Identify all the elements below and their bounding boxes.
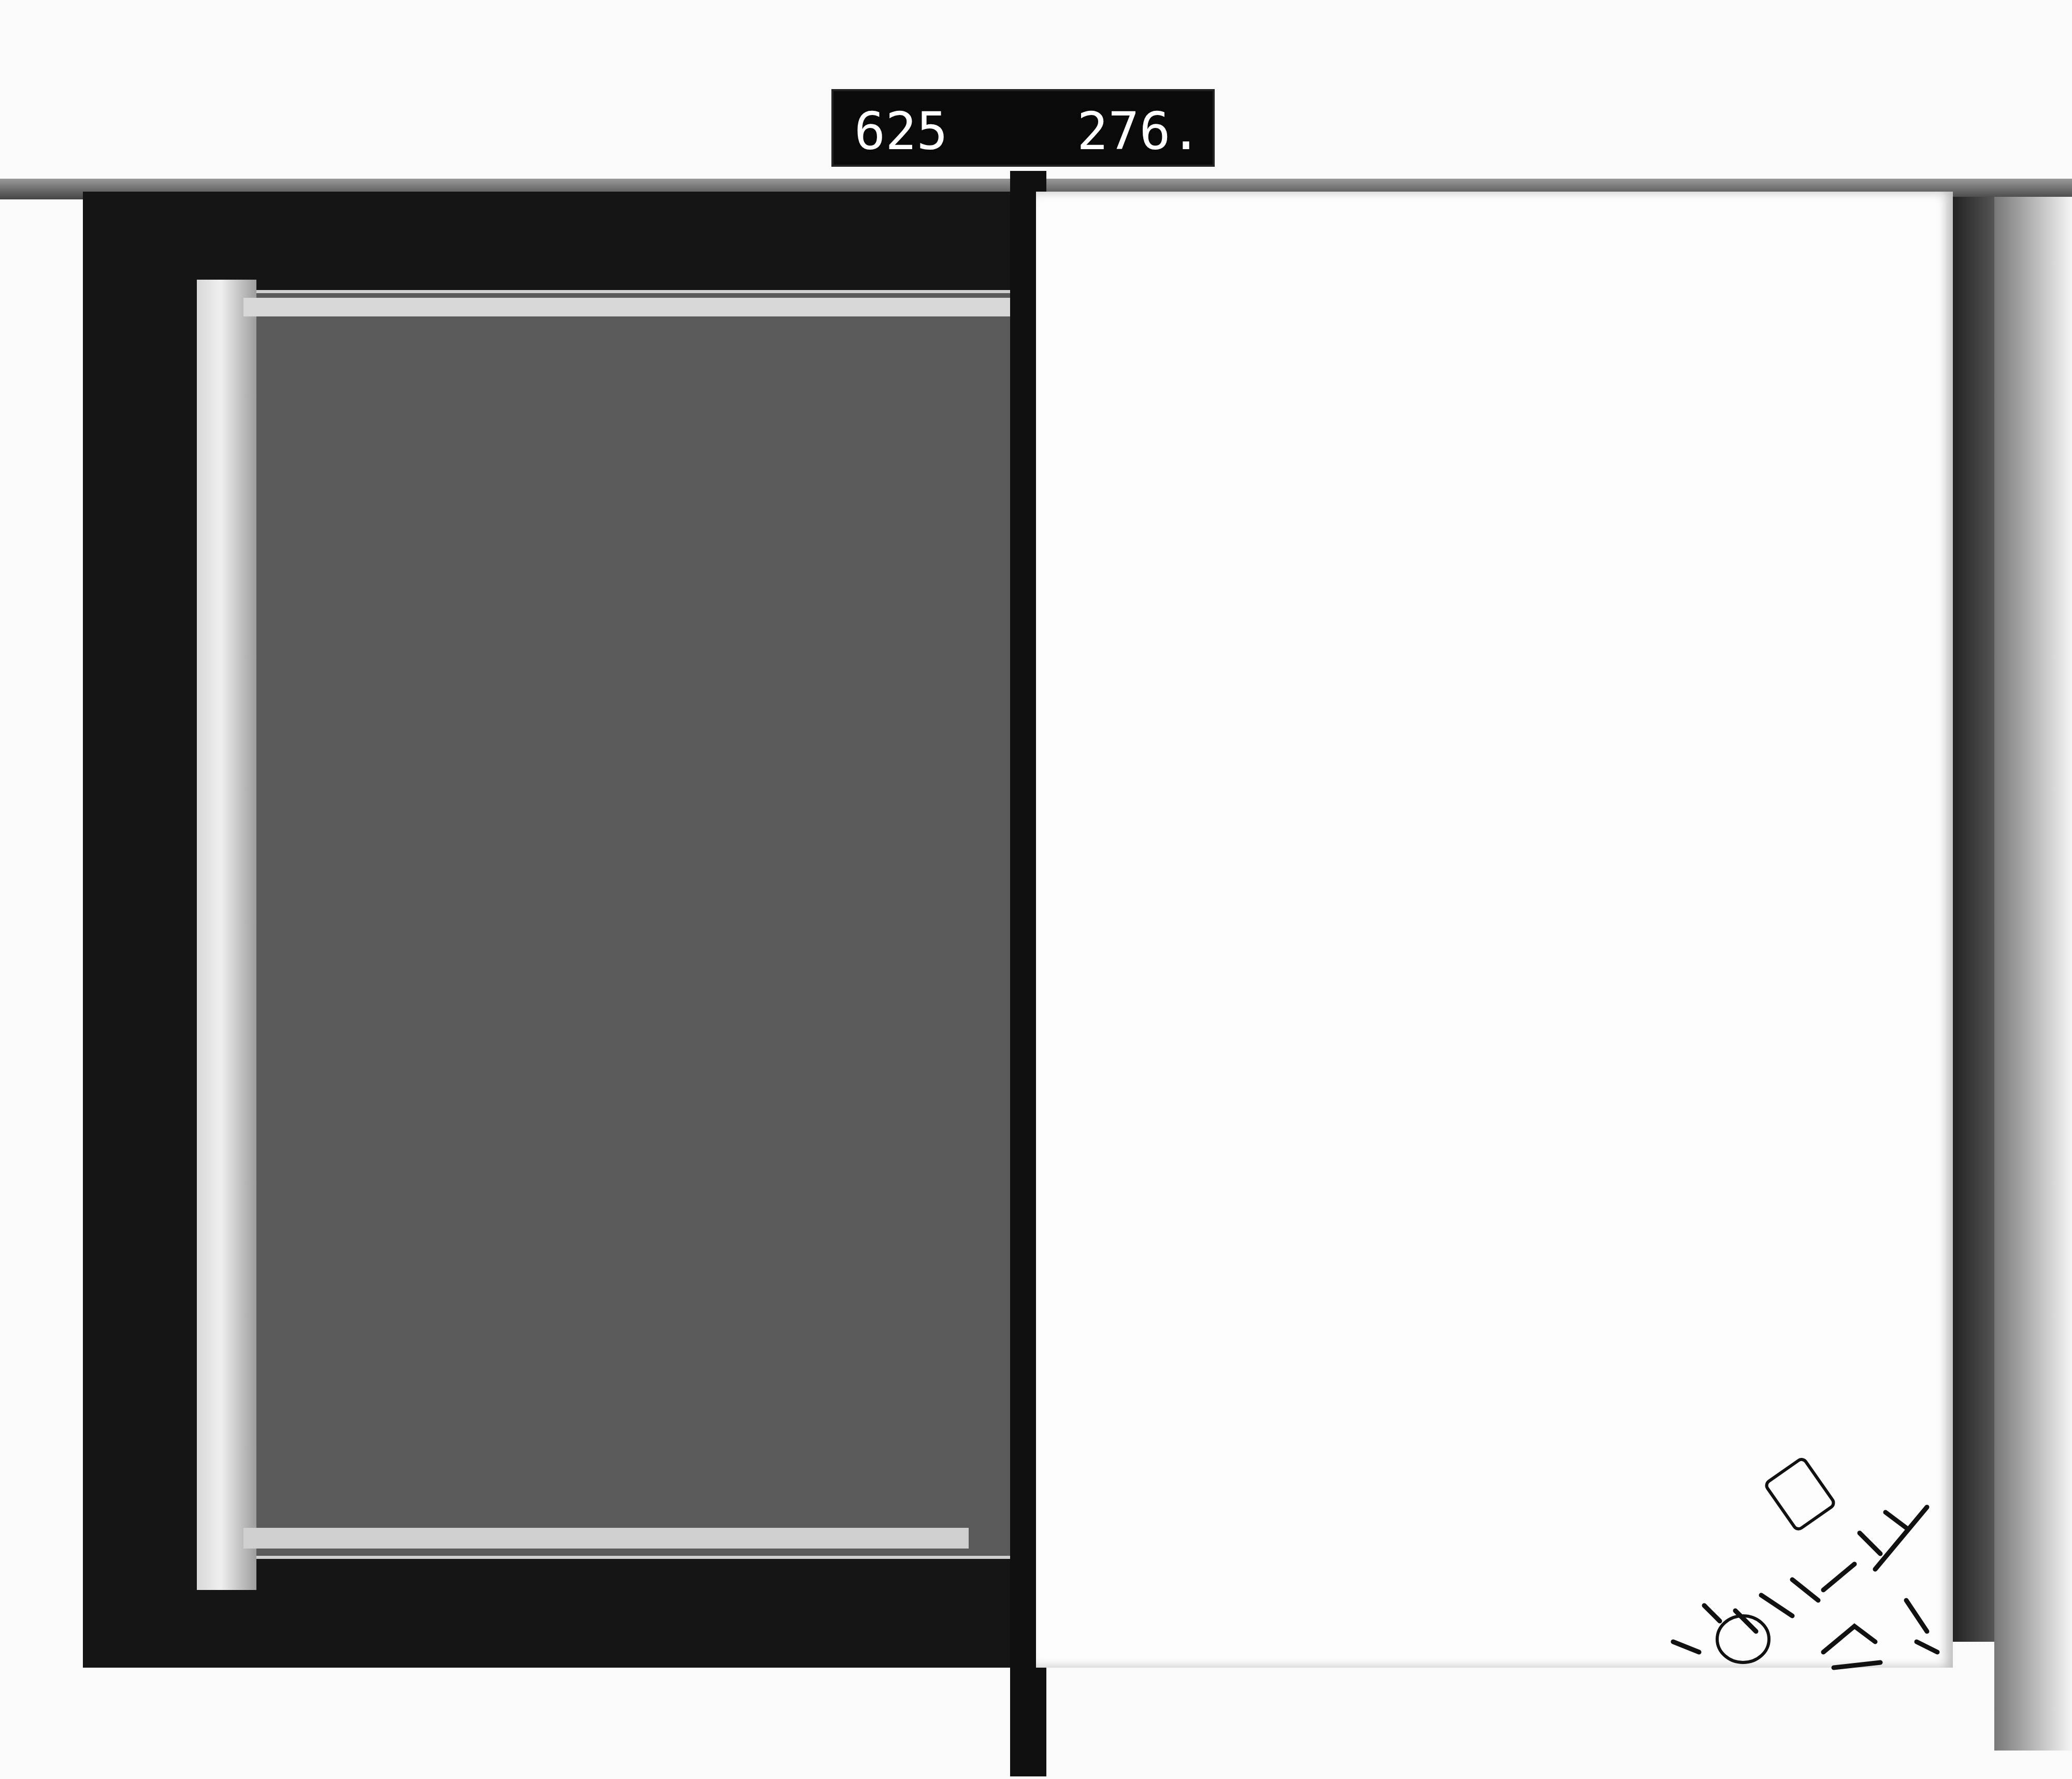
cover-turn-in-left: [197, 280, 256, 1590]
cover-paper-panel: [197, 290, 1015, 1559]
call-number-label: 625 276.: [831, 89, 1215, 167]
page-fore-edge: [1953, 197, 1994, 1642]
label-left-number: 625: [854, 101, 948, 162]
page-edge-shadow: [1994, 197, 2072, 1751]
rectangular-seal-icon: [1765, 1457, 1836, 1531]
handwritten-inscription: handwritten vertical Japanese text with …: [1637, 1445, 1989, 1673]
oval-seal-icon: [1717, 1616, 1769, 1662]
label-right-number: 276.: [1077, 101, 1202, 162]
cover-turn-in-top: [243, 298, 1015, 316]
cover-turn-in-bottom: [243, 1528, 969, 1549]
inscription-strokes: [1637, 1445, 1989, 1673]
